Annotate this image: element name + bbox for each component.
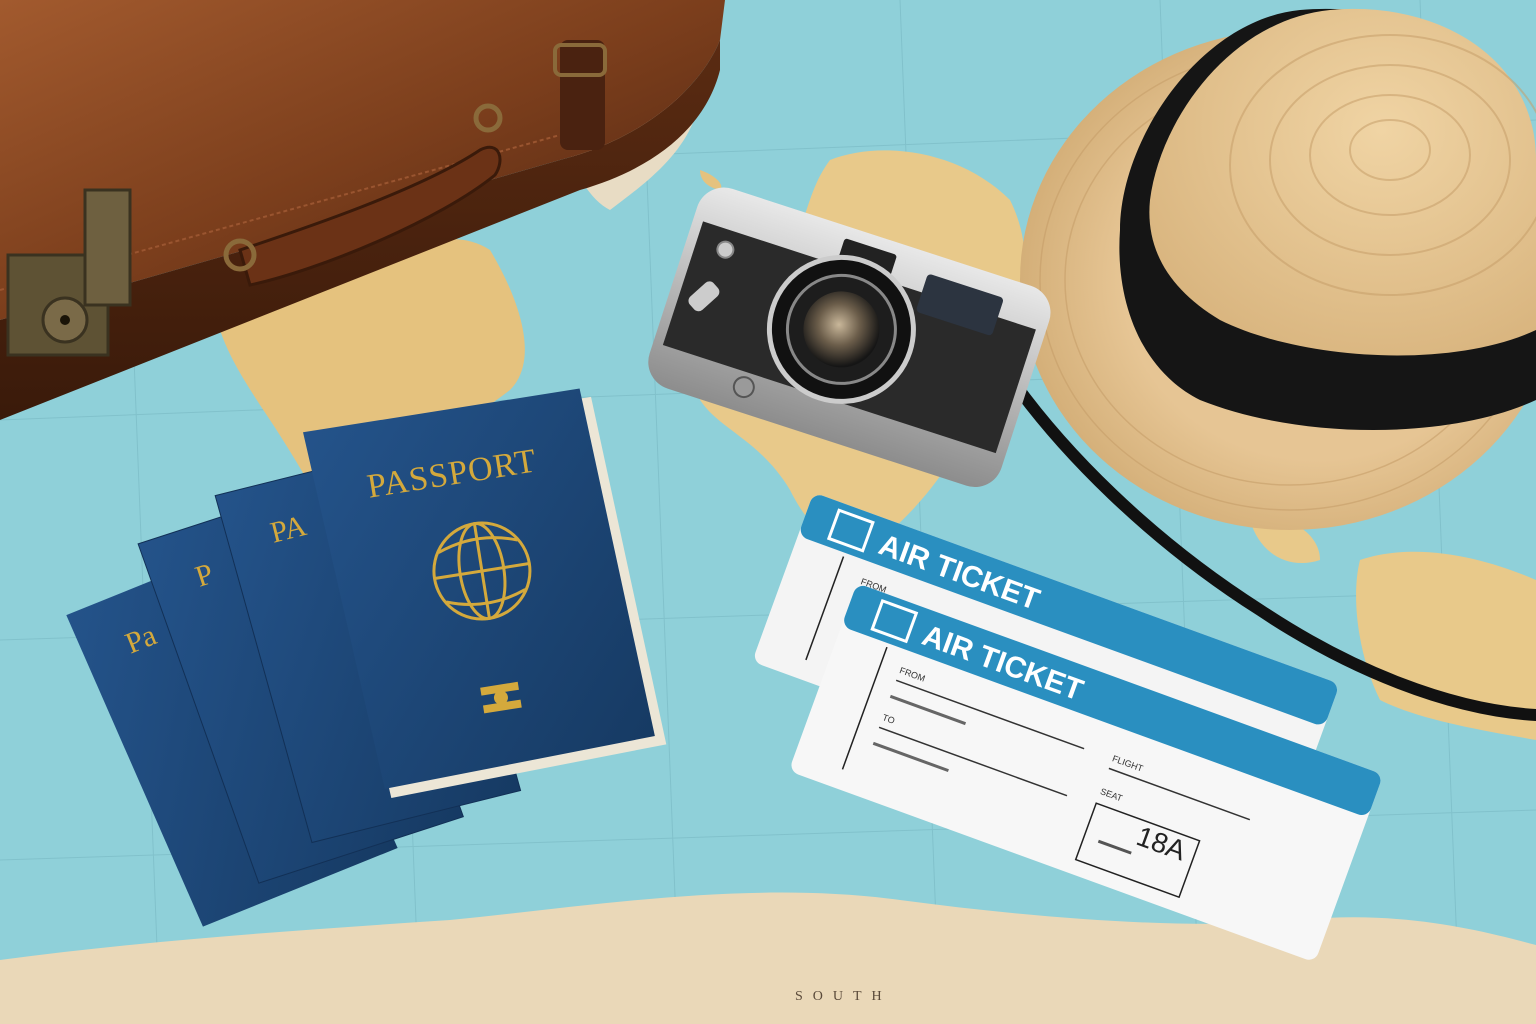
travel-flatlay-photo: SOUTH [0,0,1536,1024]
map-label-south: SOUTH [795,989,892,1004]
